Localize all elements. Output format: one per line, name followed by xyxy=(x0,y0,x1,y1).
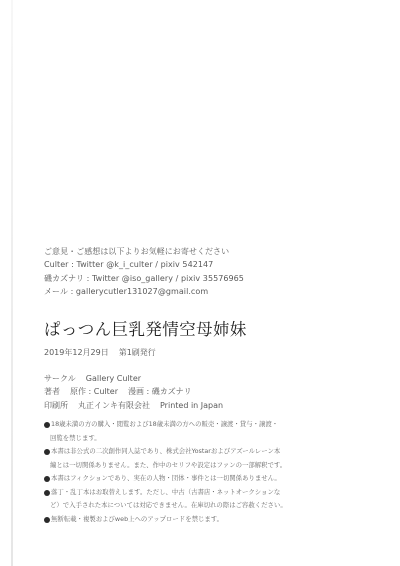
bullet-icon xyxy=(44,449,50,455)
circle-label: サークル xyxy=(44,374,76,383)
credit-author: 著者原作 : Culter漫画 : 磯カズナリ xyxy=(44,385,364,398)
contact-email: メール : gallerycutler131027@gmail.com xyxy=(44,285,364,298)
author-label: 著者 xyxy=(44,387,60,396)
printer-value: 丸正インキ有限会社 xyxy=(78,401,150,410)
bullet-icon xyxy=(44,517,50,523)
note-line: 本書は非公式の二次創作同人誌であり、株式会社Yostarおよびアズールレーン本 xyxy=(51,445,364,459)
bullet-icon xyxy=(44,422,50,428)
contact-intro: ご意見・ご感想は以下よりお気軽にお寄せください xyxy=(44,245,364,258)
note-line: 本書はフィクションであり、実在の人物・団体・事件とは一切関係ありません。 xyxy=(51,472,364,486)
note-line: 編とは一切関係ありません。また、作中のセリフや設定はファンの一部解釈です。 xyxy=(50,459,364,473)
manga-label: 漫画 xyxy=(128,387,144,396)
printed-in: Printed in Japan xyxy=(160,401,223,410)
credit-circle: サークルGallery Culter xyxy=(44,372,364,385)
note-fiction: 本書はフィクションであり、実在の人物・団体・事件とは一切関係ありません。 xyxy=(44,472,364,486)
credit-printer: 印刷所丸正インキ有限会社Printed in Japan xyxy=(44,399,364,412)
publication-date-value: 2019年12月29日 xyxy=(44,348,109,357)
note-line: 無断転載・複製およびweb上へのアップロードを禁じます。 xyxy=(51,513,364,527)
note-line: 回覧を禁じます。 xyxy=(50,432,364,446)
contact-iso-kazunari: 磯カズナリ : Twitter @iso_gallery / pixiv 355… xyxy=(44,272,364,285)
note-line: ど）で入手された本については対応できません。在庫切れの際はご容赦ください。 xyxy=(50,499,364,513)
page-gutter-shadow xyxy=(11,0,13,566)
note-no-reproduction: 無断転載・複製およびweb上へのアップロードを禁じます。 xyxy=(44,513,364,527)
credits: サークルGallery Culter 著者原作 : Culter漫画 : 磯カズ… xyxy=(44,372,364,412)
note-age-restriction: 18歳未満の方の購入・閲覧および18歳未満の方への販売・譲渡・貸与・譲渡・ 回覧… xyxy=(44,418,364,445)
circle-value: Gallery Culter xyxy=(86,374,141,383)
original-label: 原作 xyxy=(70,387,86,396)
book-title: ぱっつん巨乳発情空母姉妹 xyxy=(44,320,364,340)
note-line: 落丁・乱丁本はお取替えします。ただし、中古（古書店・ネットオークションな xyxy=(51,486,364,500)
contact-info: ご意見・ご感想は以下よりお気軽にお寄せください Culter : Twitter… xyxy=(44,245,364,298)
manga-value: 磯カズナリ xyxy=(152,387,192,396)
note-line: 18歳未満の方の購入・閲覧および18歳未満の方への販売・譲渡・貸与・譲渡・ xyxy=(51,418,364,432)
publication-date: 2019年12月29日第1刷発行 xyxy=(44,347,364,358)
bullet-icon xyxy=(44,476,50,482)
contact-culter: Culter : Twitter @k_i_culter / pixiv 542… xyxy=(44,258,364,271)
original-value: Culter xyxy=(94,387,118,396)
note-unofficial: 本書は非公式の二次創作同人誌であり、株式会社Yostarおよびアズールレーン本 … xyxy=(44,445,364,472)
bullet-icon xyxy=(44,490,50,496)
legal-notes: 18歳未満の方の購入・閲覧および18歳未満の方への販売・譲渡・貸与・譲渡・ 回覧… xyxy=(44,418,364,526)
printer-label: 印刷所 xyxy=(44,401,68,410)
colophon: ご意見・ご感想は以下よりお気軽にお寄せください Culter : Twitter… xyxy=(44,245,364,526)
note-replacement: 落丁・乱丁本はお取替えします。ただし、中古（古書店・ネットオークションな ど）で… xyxy=(44,486,364,513)
edition-label: 第1刷発行 xyxy=(119,348,156,357)
